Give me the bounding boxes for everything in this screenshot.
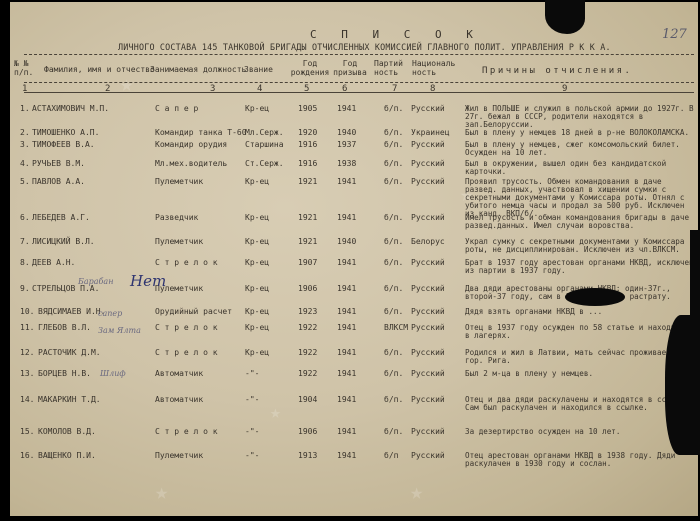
cell-nationality: Русский xyxy=(411,428,445,437)
handwritten-note: сапер xyxy=(98,309,122,318)
cell-called: 1941 xyxy=(337,396,356,405)
cell-reason: Дядя взять органами НКВД в ... xyxy=(465,308,695,316)
cell-born: 1922 xyxy=(298,349,317,358)
cell-name: АСТАХИМОВИЧ М.П. xyxy=(32,105,109,114)
cell-born: 1922 xyxy=(298,370,317,379)
cell-reason: Был в плену у немцев, сжег комсомольский… xyxy=(465,141,695,157)
cell-rank: Кр-ец xyxy=(245,178,269,187)
cell-party: б/п. xyxy=(384,141,403,150)
cell-nationality: Русский xyxy=(411,370,445,379)
cell-position: Командир танка Т-60 xyxy=(155,129,247,138)
cell-reason: Украл сумку с секретными документами у К… xyxy=(465,238,695,254)
cell-born: 1906 xyxy=(298,285,317,294)
cell-name: ТИМОШЕНКО А.П. xyxy=(32,129,99,138)
cell-rank: Кр-ец xyxy=(245,105,269,114)
cell-position: С т р е л о к xyxy=(155,349,218,358)
col-header-2: Фамилия, имя и отчество xyxy=(44,65,155,74)
watermark-star-icon: ★ xyxy=(120,72,133,97)
cell-reason: Проявил трусость. Обмен командования в д… xyxy=(465,178,695,218)
cell-n: 9. xyxy=(20,285,30,294)
stamp-no: Нет xyxy=(130,272,166,290)
cell-reason: Отец и два дяди раскулачены и находятся … xyxy=(465,396,695,412)
cell-party: б/п. xyxy=(384,308,403,317)
cell-born: 1916 xyxy=(298,160,317,169)
cell-rank: -"- xyxy=(245,428,259,437)
cell-reason: Был в окружении, вышел один без кандидат… xyxy=(465,160,695,176)
cell-born: 1923 xyxy=(298,308,317,317)
paper-damage xyxy=(665,315,700,455)
cell-nationality: Русский xyxy=(411,105,445,114)
cell-position: Орудийный расчет xyxy=(155,308,232,317)
cell-party: б/п. xyxy=(384,129,403,138)
cell-born: 1913 xyxy=(298,452,317,461)
watermark-star-icon: ★ xyxy=(155,480,168,505)
cell-nationality: Русский xyxy=(411,396,445,405)
cell-rank: Кр-ец xyxy=(245,238,269,247)
cell-rank: Ст.Серж. xyxy=(245,160,284,169)
cell-position: Автоматчик xyxy=(155,370,203,379)
cell-party: б/п. xyxy=(384,238,403,247)
cell-nationality: Русский xyxy=(411,452,445,461)
document-page: ★ ★ ★ ★ ★ С П И С О К ЛИЧНОГО СОСТАВА 14… xyxy=(10,2,698,516)
cell-called: 1940 xyxy=(337,129,356,138)
cell-n: 12. xyxy=(20,349,34,358)
col-header-4: Звание xyxy=(244,65,273,74)
cell-reason: Отец арестован органами НКВД в 1938 году… xyxy=(465,452,695,468)
cell-n: 10. xyxy=(20,308,34,317)
cell-position: Разведчик xyxy=(155,214,198,223)
cell-born: 1921 xyxy=(298,214,317,223)
cell-reason: Родился и жил в Латвии, мать сейчас прож… xyxy=(465,349,695,365)
cell-name: ЛЕБЕДЕВ А.Г. xyxy=(32,214,90,223)
cell-party: б/п. xyxy=(384,349,403,358)
cell-born: 1904 xyxy=(298,396,317,405)
cell-nationality: Русский xyxy=(411,324,445,333)
cell-n: 13. xyxy=(20,370,34,379)
cell-name: СТРЕЛЬЦОВ П.А. xyxy=(32,285,99,294)
cell-born: 1905 xyxy=(298,105,317,114)
cell-reason: Был 2 м-ца в плену у немцев. xyxy=(465,370,695,378)
cell-rank: Кр-ец xyxy=(245,308,269,317)
cell-nationality: Русский xyxy=(411,160,445,169)
cell-position: Мл.мех.водитель xyxy=(155,160,227,169)
cell-called: 1941 xyxy=(337,214,356,223)
cell-nationality: Белорус xyxy=(411,238,445,247)
cell-nationality: Русский xyxy=(411,285,445,294)
cell-name: БОРЦЕВ Н.В. xyxy=(38,370,91,379)
document-title: С П И С О К xyxy=(310,28,482,41)
cell-nationality: Русский xyxy=(411,141,445,150)
cell-party: б/п. xyxy=(384,105,403,114)
col-header-3: Занимаемая должность xyxy=(150,65,246,74)
cell-called: 1937 xyxy=(337,141,356,150)
cell-rank: -"- xyxy=(245,396,259,405)
cell-n: 8. xyxy=(20,259,30,268)
cell-rank: Старшина xyxy=(245,141,284,150)
cell-position: С т р е л о к xyxy=(155,428,218,437)
cell-name: КОМОЛОВ В.Д. xyxy=(38,428,96,437)
cell-name: ДЕЕВ А.Н. xyxy=(32,259,75,268)
handwritten-note: Барабан xyxy=(78,277,113,286)
cell-called: 1941 xyxy=(337,105,356,114)
cell-called: 1941 xyxy=(337,452,356,461)
cell-position: С т р е л о к xyxy=(155,324,218,333)
cell-rank: -"- xyxy=(245,452,259,461)
cell-rank: Кр-ец xyxy=(245,349,269,358)
cell-born: 1921 xyxy=(298,178,317,187)
cell-position: С т р е л о к xyxy=(155,259,218,268)
cell-born: 1921 xyxy=(298,238,317,247)
cell-position: Командир орудия xyxy=(155,141,227,150)
cell-n: 1. xyxy=(20,105,30,114)
cell-position: С а п е р xyxy=(155,105,198,114)
cell-name: МАКАРКИН Т.Д. xyxy=(38,396,101,405)
cell-n: 15. xyxy=(20,428,34,437)
cell-rank: Кр-ец xyxy=(245,324,269,333)
cell-born: 1922 xyxy=(298,324,317,333)
cell-rank: -"- xyxy=(245,370,259,379)
cell-called: 1941 xyxy=(337,349,356,358)
cell-position: Пулеметчик xyxy=(155,178,203,187)
col-header-8: Национальность xyxy=(412,59,456,77)
cell-nationality: Украинец xyxy=(411,129,450,138)
watermark-star-icon: ★ xyxy=(410,480,423,505)
cell-name: РУЧЬЕВ В.М. xyxy=(32,160,85,169)
cell-n: 3. xyxy=(20,141,30,150)
cell-called: 1941 xyxy=(337,259,356,268)
cell-called: 1940 xyxy=(337,238,356,247)
paper-damage xyxy=(690,230,700,320)
cell-n: 11. xyxy=(20,324,34,333)
col-header-6: Год призыва xyxy=(330,59,370,77)
cell-reason: Жил в ПОЛЬШЕ и служил в польской армии д… xyxy=(465,105,695,129)
cell-name: ВЯДСИМАЕВ И.Н. xyxy=(38,308,105,317)
cell-party: б/п. xyxy=(384,214,403,223)
paper-damage xyxy=(565,288,625,306)
cell-n: 6. xyxy=(20,214,30,223)
cell-n: 7. xyxy=(20,238,30,247)
cell-party: б/п. xyxy=(384,428,403,437)
cell-name: ГЛЕБОВ В.Л. xyxy=(38,324,91,333)
document-subtitle: ЛИЧНОГО СОСТАВА 145 ТАНКОВОЙ БРИГАДЫ ОТЧ… xyxy=(118,42,611,52)
cell-n: 16. xyxy=(20,452,34,461)
cell-name: ВАЩЕНКО П.И. xyxy=(38,452,96,461)
cell-born: 1907 xyxy=(298,259,317,268)
cell-party: б/п. xyxy=(384,178,403,187)
header-rule-bottom xyxy=(24,92,694,93)
cell-reason: За дезертирство осужден на 10 лет. xyxy=(465,428,695,436)
col-header-9: Причины отчисления. xyxy=(482,67,632,76)
paper-damage xyxy=(545,0,585,34)
cell-reason: Имел трусость и обман командования брига… xyxy=(465,214,695,230)
handwritten-note: Шлиф xyxy=(100,369,126,378)
cell-party: б/п. xyxy=(384,370,403,379)
cell-name: ТИМОФЕЕВ В.А. xyxy=(32,141,95,150)
cell-born: 1920 xyxy=(298,129,317,138)
cell-n: 5. xyxy=(20,178,30,187)
cell-reason: Отец в 1937 году осужден по 58 статье и … xyxy=(465,324,695,340)
cell-born: 1916 xyxy=(298,141,317,150)
cell-called: 1941 xyxy=(337,370,356,379)
cell-nationality: Русский xyxy=(411,178,445,187)
cell-rank: Кр-ец xyxy=(245,214,269,223)
page-number: 127 xyxy=(662,27,687,42)
cell-party: б/п. xyxy=(384,396,403,405)
cell-called: 1941 xyxy=(337,308,356,317)
cell-called: 1941 xyxy=(337,324,356,333)
cell-nationality: Русский xyxy=(411,259,445,268)
cell-reason: Был в плену у немцев 18 дней в р-не ВОЛО… xyxy=(465,129,695,137)
cell-called: 1941 xyxy=(337,285,356,294)
cell-called: 1941 xyxy=(337,178,356,187)
cell-called: 1941 xyxy=(337,428,356,437)
cell-rank: Мл.Серж. xyxy=(245,129,284,138)
cell-party: б/п. xyxy=(384,285,403,294)
cell-name: ПАВЛОВ А.А. xyxy=(32,178,85,187)
header-rule-middle xyxy=(24,82,694,83)
cell-reason: Брат в 1937 году арестован органами НКВД… xyxy=(465,259,695,275)
header-rule-top xyxy=(24,54,694,55)
cell-position: Автоматчик xyxy=(155,396,203,405)
cell-nationality: Русский xyxy=(411,214,445,223)
col-header-7: Партийность xyxy=(374,59,406,77)
col-header-1: № № п/п. xyxy=(14,59,38,77)
cell-n: 4. xyxy=(20,160,30,169)
cell-party: ВЛКСМ xyxy=(384,324,408,333)
cell-n: 14. xyxy=(20,396,34,405)
cell-name: РАСТОЧИК Д.М. xyxy=(38,349,101,358)
cell-party: б/п. xyxy=(384,160,403,169)
cell-called: 1938 xyxy=(337,160,356,169)
cell-n: 2. xyxy=(20,129,30,138)
cell-nationality: Русский xyxy=(411,349,445,358)
cell-nationality: Русский xyxy=(411,308,445,317)
cell-position: Пулеметчик xyxy=(155,452,203,461)
cell-rank: Кр-ец xyxy=(245,285,269,294)
cell-party: б/п xyxy=(384,452,398,461)
cell-born: 1906 xyxy=(298,428,317,437)
cell-name: ЛИСИЦКИЙ В.Л. xyxy=(32,238,95,247)
col-header-5: Год рождения xyxy=(290,59,330,77)
watermark-star-icon: ★ xyxy=(270,402,281,423)
cell-position: Пулеметчик xyxy=(155,238,203,247)
cell-rank: Кр-ец xyxy=(245,259,269,268)
cell-party: б/п. xyxy=(384,259,403,268)
handwritten-note: Зам Ялта xyxy=(98,326,141,335)
